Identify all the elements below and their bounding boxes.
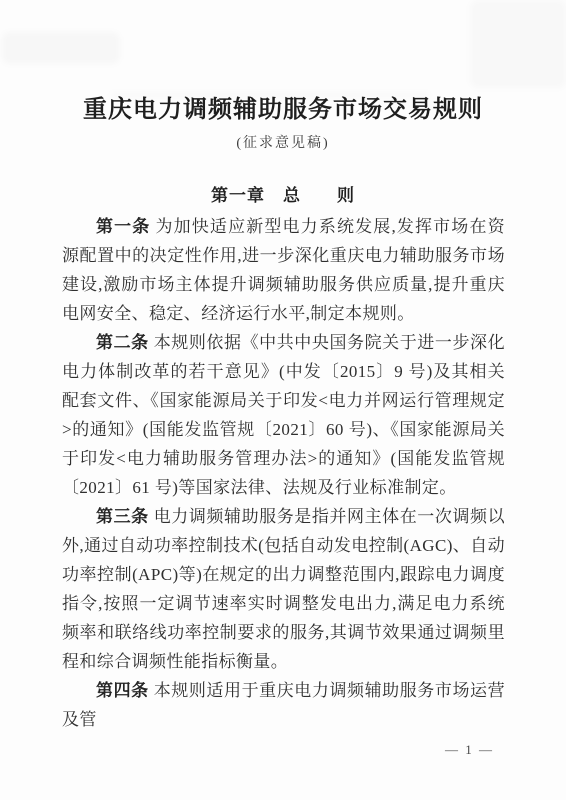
article-text: 本规则依据《中共中央国务院关于进一步深化电力体制改革的若干意见》(中发〔2015… xyxy=(62,333,505,497)
page-number: — 1 — xyxy=(445,742,494,758)
document-title: 重庆电力调频辅助服务市场交易规则 xyxy=(0,0,566,126)
article-paragraph: 第一条为加快适应新型电力系统发展,发挥市场在资源配置中的决定性作用,进一步深化重… xyxy=(62,212,505,328)
document-subtitle: (征求意见稿) xyxy=(0,134,566,154)
article-paragraph: 第二条本规则依据《中共中央国务院关于进一步深化电力体制改革的若干意见》(中发〔2… xyxy=(62,328,505,502)
article-label: 第四条 xyxy=(96,681,149,700)
document-body: 第一条为加快适应新型电力系统发展,发挥市场在资源配置中的决定性作用,进一步深化重… xyxy=(62,212,505,734)
document-page: 重庆电力调频辅助服务市场交易规则 (征求意见稿) 第一章 总 则 第一条为加快适… xyxy=(0,0,566,800)
article-label: 第三条 xyxy=(96,507,149,526)
chapter-heading: 第一章 总 则 xyxy=(0,184,566,208)
article-paragraph: 第三条电力调频辅助服务是指并网主体在一次调频以外,通过自动功率控制技术(包括自动… xyxy=(62,502,505,676)
article-text: 电力调频辅助服务是指并网主体在一次调频以外,通过自动功率控制技术(包括自动发电控… xyxy=(62,507,505,671)
article-label: 第一条 xyxy=(96,217,150,236)
article-label: 第二条 xyxy=(96,333,149,352)
article-paragraph: 第四条本规则适用于重庆电力调频辅助服务市场运营及管 xyxy=(62,676,505,734)
